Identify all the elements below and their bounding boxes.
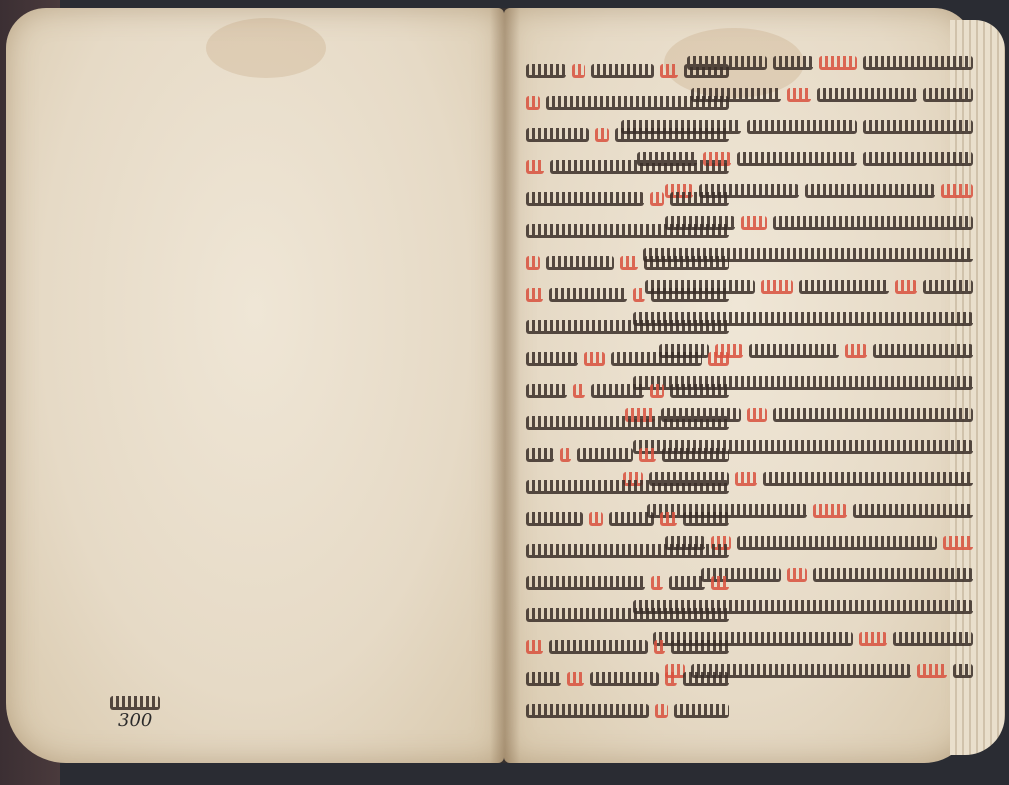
- text-line: [526, 58, 729, 84]
- text-line: [526, 538, 729, 564]
- text-line: [526, 442, 729, 468]
- text-line: [526, 410, 729, 436]
- text-line: [526, 314, 729, 340]
- text-line: [526, 186, 729, 212]
- text-line: [526, 90, 729, 116]
- text-line: [526, 570, 729, 596]
- text-line: [526, 154, 729, 180]
- text-line: [526, 602, 729, 628]
- text-line: [526, 666, 729, 692]
- text-line: [526, 218, 729, 244]
- text-line: [526, 698, 729, 724]
- text-line: [526, 634, 729, 660]
- text-line: [526, 250, 729, 276]
- text-line: [526, 378, 729, 404]
- text-line: [526, 474, 729, 500]
- text-line: [526, 282, 729, 308]
- text-line: [526, 122, 729, 148]
- folio-number: 300: [118, 710, 152, 731]
- manuscript-photo: 300 Open Syriac manuscript with black an…: [0, 0, 1009, 785]
- text-line: [526, 506, 729, 532]
- text-line: [526, 346, 729, 372]
